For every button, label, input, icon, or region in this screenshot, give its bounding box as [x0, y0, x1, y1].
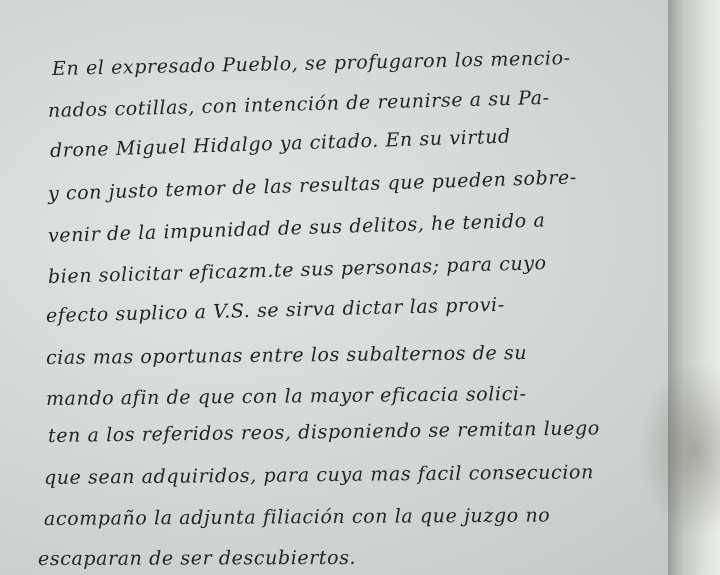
manuscript-page: En el expresado Pueblo, se profugaron lo… [0, 0, 720, 575]
text-line-5: venir de la impunidad de sus delitos, he… [48, 209, 546, 247]
text-line-2: nados cotillas, con intención de reunirs… [48, 87, 550, 122]
text-line-8: cias mas oportunas entre los subalternos… [46, 342, 527, 369]
text-line-4: y con justo temor de las resultas que pu… [48, 166, 578, 205]
text-line-1: En el expresado Pueblo, se profugaron lo… [52, 47, 571, 80]
text-line-6: bien solicitar eficazm.te sus personas; … [48, 252, 547, 288]
page-shadow [640, 360, 720, 540]
text-line-11: que sean adquiridos, para cuya mas facil… [44, 461, 594, 489]
text-line-12: acompaño la adjunta filiación con la que… [44, 504, 550, 530]
text-line-9: mando afin de que con la mayor eficacia … [46, 383, 527, 410]
text-line-10: ten a los referidos reos, disponiendo se… [48, 417, 600, 447]
text-line-13: escaparan de ser descubiertos. [38, 547, 356, 570]
text-line-7: efecto suplico a V.S. se sirva dictar la… [46, 294, 505, 327]
text-line-3: drone Miguel Hidalgo ya citado. En su vi… [50, 126, 511, 162]
